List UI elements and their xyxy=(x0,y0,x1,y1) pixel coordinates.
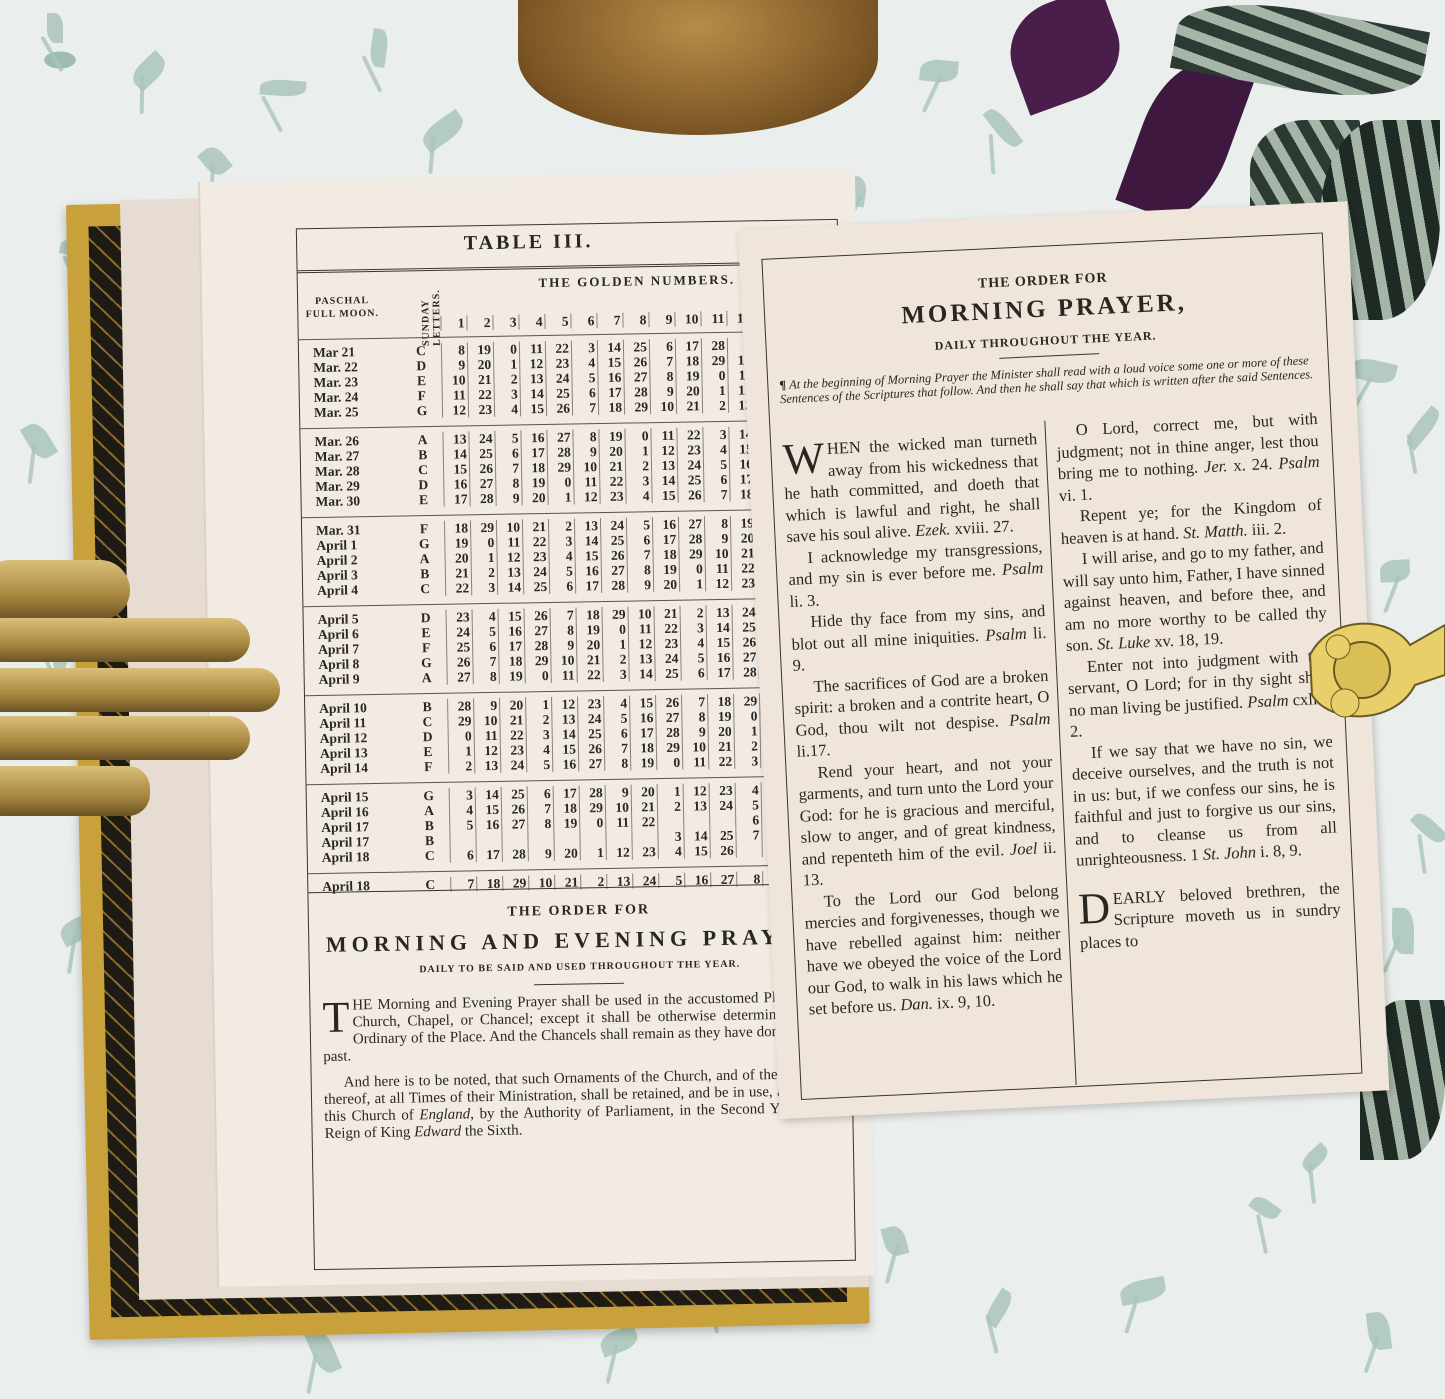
table-cell: 17 xyxy=(630,725,656,740)
table-cell: 14 xyxy=(651,473,677,488)
table-cell: 28 xyxy=(656,725,682,740)
table-cell: 9 xyxy=(605,785,631,800)
table-cell: 9 xyxy=(627,577,653,592)
table-cell: 18 xyxy=(575,607,601,622)
table-cell: 23 xyxy=(577,696,603,711)
sunday-letter: D xyxy=(408,729,448,745)
sunday-letter: F xyxy=(406,640,446,656)
table-cell xyxy=(683,813,709,828)
table-cell: 23 xyxy=(500,742,526,757)
table-cell: 25 xyxy=(600,533,626,548)
table-cell: 23 xyxy=(446,609,472,624)
table-cell xyxy=(579,830,605,845)
table-cell xyxy=(709,813,735,828)
table-cell: 16 xyxy=(520,430,546,445)
table-cell: 19 xyxy=(553,815,579,830)
table-cell: 25 xyxy=(501,786,527,801)
table-cell: 12 xyxy=(628,636,654,651)
table-cell: 0 xyxy=(624,428,650,443)
table-cell: 7 xyxy=(703,487,729,502)
table-cell: 1 xyxy=(525,697,551,712)
table-cell: 29 xyxy=(624,399,650,414)
table-cell: 24 xyxy=(446,624,472,639)
table-cell: 29 xyxy=(547,460,573,475)
table-cell: 10 xyxy=(550,653,576,668)
table-cell: 28 xyxy=(601,578,627,593)
golden-number-col-header: 6 xyxy=(570,313,596,328)
sunday-letter: F xyxy=(408,759,448,775)
sunday-letter: B xyxy=(405,566,445,582)
table-cell: 17 xyxy=(498,638,524,653)
table-cell: 0 xyxy=(547,475,573,490)
table-cell: 15 xyxy=(520,401,546,416)
table-cell: 21 xyxy=(708,739,734,754)
table-cell: 15 xyxy=(597,355,623,370)
table-cell: 24 xyxy=(709,798,735,813)
table-cell xyxy=(449,832,475,847)
table-cell: 19 xyxy=(499,668,525,683)
table-cell: 29 xyxy=(733,693,759,708)
dearly-beloved-paragraph: DEARLY beloved brethren, the Scripture m… xyxy=(1077,877,1342,954)
table-cell: 7 xyxy=(495,460,521,475)
table-cell: 20 xyxy=(554,845,580,860)
scripture-sentence: To the Lord our God belong mercies and f… xyxy=(803,879,1064,1020)
table-cell: 9 xyxy=(573,444,599,459)
table-cell: 10 xyxy=(682,739,708,754)
table-cell: 4 xyxy=(625,488,651,503)
table-cell: 17 xyxy=(675,338,701,353)
table-cell: 7 xyxy=(626,547,652,562)
paschal-date: Mar. 30 xyxy=(301,492,403,509)
table-cell: 25 xyxy=(446,639,472,654)
table-cell: 1 xyxy=(679,576,705,591)
sunday-letter: B xyxy=(409,818,449,834)
table-cell: 24 xyxy=(731,604,757,619)
table-cell: 9 xyxy=(441,357,467,372)
scripture-reference: Joel xyxy=(1009,838,1037,858)
table-cell: 29 xyxy=(579,800,605,815)
table-cell: 4 xyxy=(703,442,729,457)
table-cell: 5 xyxy=(735,797,761,812)
table-cell: 3 xyxy=(657,829,683,844)
table-cell: 27 xyxy=(469,476,495,491)
table-cell: 14 xyxy=(552,726,578,741)
table-cell: 2 xyxy=(471,565,497,580)
table-cell: 6 xyxy=(649,339,675,354)
table-cell: 5 xyxy=(703,457,729,472)
table-cell: 13 xyxy=(651,458,677,473)
table-cell: 6 xyxy=(549,579,575,594)
scripture-reference: Jer. xyxy=(1204,456,1228,476)
table-cell: 20 xyxy=(653,577,679,592)
table-cell: 11 xyxy=(496,534,522,549)
scripture-reference: St. Matth. xyxy=(1183,520,1248,542)
table-cell: 1 xyxy=(547,490,573,505)
table-cell: 1 xyxy=(702,383,728,398)
table-cell: 23 xyxy=(545,356,571,371)
table-cell: 13 xyxy=(683,798,709,813)
table-cell: 6 xyxy=(604,726,630,741)
table-cell: 14 xyxy=(520,386,546,401)
table-cell: 3 xyxy=(471,580,497,595)
table-cell: 6 xyxy=(472,639,498,654)
table-cell: 26 xyxy=(546,401,572,416)
paschal-date: Mar 21 xyxy=(299,344,401,361)
sunday-letter: E xyxy=(408,744,448,760)
golden-number-col-header: 3 xyxy=(492,314,518,329)
wallpaper-leaf xyxy=(47,13,63,43)
table-cell: 19 xyxy=(521,475,547,490)
table-cell: 9 xyxy=(495,490,521,505)
table-cell: 7 xyxy=(549,608,575,623)
table-cell: 14 xyxy=(443,446,469,461)
table-cell: 20 xyxy=(576,637,602,652)
table-cell: 12 xyxy=(442,402,468,417)
brass-finger xyxy=(0,668,280,712)
table-cell: 13 xyxy=(705,605,731,620)
table-cell xyxy=(736,842,762,857)
table-cell: 14 xyxy=(497,579,523,594)
table-cell: 18 xyxy=(598,400,624,415)
paschal-date: April 9 xyxy=(305,670,407,687)
table-cell: 5 xyxy=(526,757,552,772)
table-cell: 15 xyxy=(552,741,578,756)
table-cell: 26 xyxy=(501,801,527,816)
table-cell: 8 xyxy=(681,709,707,724)
table-cell: 18 xyxy=(521,460,547,475)
table-cell: 29 xyxy=(678,546,704,561)
table-cell: 4 xyxy=(548,549,574,564)
table-cell: 2 xyxy=(679,605,705,620)
table-cell: 26 xyxy=(710,843,736,858)
brass-hand xyxy=(0,540,270,830)
table-cell: 3 xyxy=(680,620,706,635)
table-cell: 11 xyxy=(551,668,577,683)
table-cell: 21 xyxy=(676,398,702,413)
table-cell: 23 xyxy=(522,549,548,564)
table-cell: 14 xyxy=(574,533,600,548)
table-cell: 3 xyxy=(603,667,629,682)
sunday-letter: G xyxy=(404,536,444,552)
brass-thumb xyxy=(0,766,150,816)
table-cell: 20 xyxy=(599,444,625,459)
table-cell: 2 xyxy=(448,758,474,773)
table-cell: 25 xyxy=(655,666,681,681)
sunday-letter: D xyxy=(401,358,441,374)
golden-number-col-header: 11 xyxy=(700,311,726,326)
table-cell: 3 xyxy=(494,386,520,401)
sunday-letter: B xyxy=(407,699,447,715)
table-cell: 5 xyxy=(549,564,575,579)
scripture-sentence: Hide thy face from my sins, and blot out… xyxy=(790,600,1048,676)
table-cell: 25 xyxy=(578,726,604,741)
table-cell: 11 xyxy=(605,815,631,830)
table-cell: 9 xyxy=(682,724,708,739)
table-cell: 13 xyxy=(497,564,523,579)
table-cell: 27 xyxy=(546,430,572,445)
table-cell: 25 xyxy=(709,828,735,843)
scripture-reference: Psalm xyxy=(1002,558,1044,579)
sunday-letter: E xyxy=(406,625,446,641)
table-cell: 24 xyxy=(545,371,571,386)
table-cell: 1 xyxy=(625,443,651,458)
table-cell: 19 xyxy=(653,562,679,577)
table-cell: 8 xyxy=(550,623,576,638)
table-cell: 4 xyxy=(494,401,520,416)
table-cell: 21 xyxy=(499,712,525,727)
golden-number-col-header: 10 xyxy=(674,311,700,326)
brass-finger xyxy=(0,560,130,620)
table-cell: 1 xyxy=(657,784,683,799)
table-cell: 18 xyxy=(652,547,678,562)
table-cell: 0 xyxy=(579,815,605,830)
table-cell: 8 xyxy=(572,429,598,444)
table-cell: 23 xyxy=(677,442,703,457)
table-cell: 28 xyxy=(624,384,650,399)
table-cell xyxy=(553,830,579,845)
table-cell: 22 xyxy=(468,387,494,402)
table-cell: 2 xyxy=(548,519,574,534)
table-cell: 1 xyxy=(470,550,496,565)
rubric-paragraph-2: And here is to be noted, that such Ornam… xyxy=(324,1066,840,1143)
table-cell: 3 xyxy=(625,473,651,488)
table-cell: 10 xyxy=(627,606,653,621)
table-cell: 12 xyxy=(519,356,545,371)
table-cell: 28 xyxy=(579,785,605,800)
table-cell: 26 xyxy=(523,608,549,623)
table-cell: 10 xyxy=(473,713,499,728)
table-cell xyxy=(605,830,631,845)
table-cell: 16 xyxy=(652,517,678,532)
table-cell: 28 xyxy=(733,664,759,679)
table-cell: 23 xyxy=(599,489,625,504)
table-cell: 19 xyxy=(576,622,602,637)
scripture-sentence: The sacrifices of God are a broken spiri… xyxy=(793,664,1052,762)
table-cell: 12 xyxy=(606,845,632,860)
table-cell: 28 xyxy=(547,445,573,460)
table-cell: 17 xyxy=(476,847,502,862)
table-cell: 0 xyxy=(701,368,727,383)
table-cell: 24 xyxy=(600,518,626,533)
scripture-sentence: Enter not into judgment with thy servant… xyxy=(1066,644,1332,742)
scripture-sentence: I will arise, and go to my father, and w… xyxy=(1061,537,1328,657)
table-cell: 3 xyxy=(734,753,760,768)
table-cell: 11 xyxy=(442,387,468,402)
brass-finger xyxy=(0,618,250,662)
table-cell: 26 xyxy=(655,695,681,710)
table-cell: 12 xyxy=(474,743,500,758)
table-cell: 16 xyxy=(498,623,524,638)
table-cell: 28 xyxy=(469,491,495,506)
sunday-letter: D xyxy=(403,477,443,493)
table-cell: 15 xyxy=(443,461,469,476)
table-cell: 16 xyxy=(552,756,578,771)
table-cell: 7 xyxy=(572,400,598,415)
table-cell: 9 xyxy=(528,846,554,861)
table-cell: 16 xyxy=(575,563,601,578)
table-cell: 25 xyxy=(523,579,549,594)
table-cell: 24 xyxy=(577,711,603,726)
table-cell: 1 xyxy=(493,356,519,371)
table-cell: 13 xyxy=(442,431,468,446)
table-cell: 6 xyxy=(572,385,598,400)
table-cell: 12 xyxy=(651,443,677,458)
table-cell: 20 xyxy=(708,724,734,739)
table-cell: 7 xyxy=(681,694,707,709)
table-cell: 14 xyxy=(475,787,501,802)
table-cell: 23 xyxy=(632,844,658,859)
table-cell: 21 xyxy=(445,565,471,580)
table-cell: 27 xyxy=(732,649,758,664)
table-cell: 26 xyxy=(732,634,758,649)
table-cell: 28 xyxy=(502,846,528,861)
scripture-sentence: I acknowledge my transgressions, and my … xyxy=(787,536,1045,612)
table-cell: 22 xyxy=(599,474,625,489)
table-cell: 1 xyxy=(734,723,760,738)
table-cell: 4 xyxy=(603,696,629,711)
table-cell: 10 xyxy=(573,459,599,474)
sunday-letter: G xyxy=(402,403,442,419)
table-cell: 26 xyxy=(600,548,626,563)
table-cell: 26 xyxy=(623,354,649,369)
sunday-letter: F xyxy=(404,521,444,537)
table-cell: 3 xyxy=(548,534,574,549)
table-cell: 5 xyxy=(472,624,498,639)
table-cell: 0 xyxy=(733,708,759,723)
table-cell: 26 xyxy=(469,461,495,476)
sunday-letter: B xyxy=(409,833,449,849)
table-cell: 18 xyxy=(553,800,579,815)
sentences-left-column: WHEN the wicked man turneth away from hi… xyxy=(782,428,1064,1020)
table-cell: 4 xyxy=(471,609,497,624)
sunday-letter: A xyxy=(402,432,442,448)
table-cell: 28 xyxy=(678,531,704,546)
table-cell: 18 xyxy=(498,653,524,668)
table-cell: 9 xyxy=(550,638,576,653)
sunday-letter: F xyxy=(402,388,442,404)
table-cell: 9 xyxy=(650,384,676,399)
table-cell: 1 xyxy=(448,743,474,758)
table-cell: 3 xyxy=(571,340,597,355)
scripture-reference: St. John xyxy=(1202,842,1256,863)
table-cell: 20 xyxy=(467,357,493,372)
wallpaper-stem xyxy=(140,74,145,114)
table-cell: 25 xyxy=(732,619,758,634)
table-cell: 13 xyxy=(628,651,654,666)
table-cell: 24 xyxy=(500,757,526,772)
table-cell: 7 xyxy=(735,827,761,842)
scripture-reference: Psalm xyxy=(1247,690,1289,711)
table-cell: 22 xyxy=(522,534,548,549)
table-cell: 23 xyxy=(731,575,757,590)
table-cell: 15 xyxy=(706,635,732,650)
table-cell: 0 xyxy=(679,561,705,576)
table-cell: 3 xyxy=(449,787,475,802)
table-cell: 8 xyxy=(604,756,630,771)
table-cell: 3 xyxy=(702,427,728,442)
table-cell: 0 xyxy=(493,341,519,356)
table-cell: 27 xyxy=(501,816,527,831)
sunday-letter: E xyxy=(401,373,441,389)
gold-bookmark-icon xyxy=(1300,595,1445,745)
table-cell: 2 xyxy=(734,738,760,753)
table-cell: 2 xyxy=(702,398,728,413)
sunday-letter: A xyxy=(409,803,449,819)
table-cell: 11 xyxy=(474,728,500,743)
table-cell: 4 xyxy=(449,802,475,817)
table-cell: 9 xyxy=(704,531,730,546)
table-cell: 22 xyxy=(676,427,702,442)
scripture-reference: Ezek. xyxy=(915,519,951,540)
table-cell: 24 xyxy=(523,564,549,579)
table-cell: 4 xyxy=(680,635,706,650)
table-cell: 26 xyxy=(677,487,703,502)
table-cell: 19 xyxy=(598,429,624,444)
table-cell: 21 xyxy=(631,799,657,814)
table-cell: 13 xyxy=(574,518,600,533)
table-cell: 11 xyxy=(682,754,708,769)
table-cell: 24 xyxy=(468,431,494,446)
table-cell: 0 xyxy=(525,668,551,683)
table-cell: 20 xyxy=(521,490,547,505)
table-cell: 4 xyxy=(571,355,597,370)
scripture-sentence: If we say that we have no sin, we deceiv… xyxy=(1071,730,1339,871)
table-cell: 21 xyxy=(653,606,679,621)
table-cell: 29 xyxy=(601,607,627,622)
table-cell: 22 xyxy=(631,814,657,829)
table-cell: 16 xyxy=(475,817,501,832)
table-cell: 11 xyxy=(650,428,676,443)
paschal-date: April 8 xyxy=(304,655,406,672)
table-cell: 14 xyxy=(683,828,709,843)
table-cell: 24 xyxy=(654,651,680,666)
table-cell: 15 xyxy=(651,488,677,503)
table-cell: 26 xyxy=(578,741,604,756)
table-cell: 4 xyxy=(526,742,552,757)
table-cell: 5 xyxy=(571,370,597,385)
table-cell: 15 xyxy=(629,695,655,710)
table-cell: 27 xyxy=(601,563,627,578)
table-cell: 17 xyxy=(707,665,733,680)
table-cell: 17 xyxy=(443,491,469,506)
table-cell: 20 xyxy=(499,697,525,712)
sunday-letter: C xyxy=(405,581,445,597)
scripture-reference: Psalm xyxy=(1009,708,1051,729)
paschal-date: April 18 xyxy=(308,848,410,865)
table-cell: 15 xyxy=(684,843,710,858)
sunday-letter: E xyxy=(403,492,443,508)
sunday-letter: C xyxy=(410,848,450,864)
table-cell: 11 xyxy=(628,621,654,636)
table-cell xyxy=(657,814,683,829)
table-cell: 29 xyxy=(447,713,473,728)
table-cell: 6 xyxy=(735,812,761,827)
table-cell: 8 xyxy=(473,669,499,684)
table-cell: 2 xyxy=(525,712,551,727)
table-cell: 20 xyxy=(444,550,470,565)
table-cell: 21 xyxy=(467,372,493,387)
table-cell: 6 xyxy=(527,786,553,801)
table-cell: 1 xyxy=(580,845,606,860)
table-cell: 7 xyxy=(472,654,498,669)
table-cell: 5 xyxy=(680,650,706,665)
table-cell: 5 xyxy=(494,430,520,445)
sunday-letter: G xyxy=(406,655,446,671)
table-cell: 27 xyxy=(447,669,473,684)
table-cell: 29 xyxy=(524,653,550,668)
table-cell: 17 xyxy=(598,385,624,400)
table-cell: 29 xyxy=(470,520,496,535)
